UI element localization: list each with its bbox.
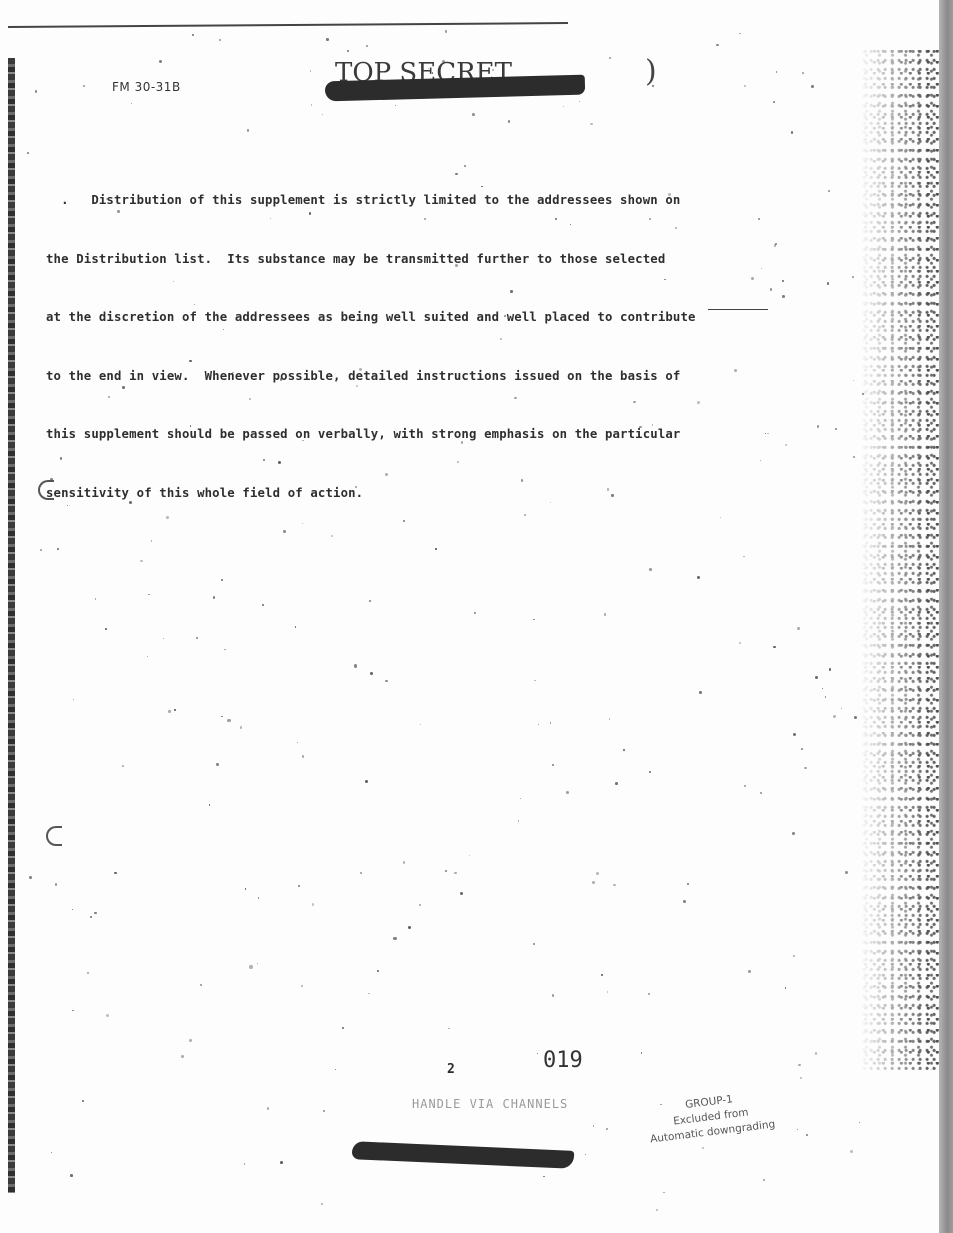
signature-line — [708, 309, 768, 310]
scan-speck — [797, 1129, 798, 1130]
body-line: . Distribution of this supplement is str… — [46, 191, 866, 211]
scan-speck — [295, 626, 297, 628]
scan-speck — [825, 696, 826, 697]
scan-speck — [455, 264, 458, 267]
scan-speck — [321, 1203, 323, 1205]
scan-speck — [73, 699, 74, 700]
scan-speck — [469, 855, 470, 856]
scan-speck — [354, 664, 357, 667]
scan-speck — [802, 72, 804, 74]
scan-speck — [550, 722, 551, 723]
scan-speck — [385, 473, 388, 476]
scan-speck — [829, 668, 831, 670]
scan-speck — [801, 748, 803, 750]
scan-speck — [114, 872, 117, 875]
scan-speck — [302, 755, 305, 758]
scan-speck — [190, 425, 191, 426]
scan-speck — [850, 1150, 853, 1153]
scan-speck — [192, 34, 194, 36]
scan-speck — [607, 991, 609, 993]
scan-speck — [95, 598, 97, 600]
scan-speck — [455, 173, 458, 176]
scan-speck — [474, 612, 476, 614]
scan-speck — [140, 560, 143, 563]
scan-speck — [221, 716, 223, 718]
scan-speck — [792, 832, 795, 835]
scan-speck — [461, 441, 463, 443]
scan-speck — [853, 456, 855, 458]
scan-speck — [835, 428, 836, 429]
scan-speck — [793, 955, 795, 957]
scan-speck — [40, 549, 42, 551]
scan-speck — [445, 870, 447, 872]
page-number: 2 — [447, 1062, 455, 1077]
scan-speck — [460, 892, 463, 895]
document-number: 019 — [543, 1048, 583, 1073]
scan-speck — [83, 85, 85, 87]
scan-speck — [815, 1052, 818, 1055]
scan-speck — [748, 970, 751, 973]
scan-speck — [716, 44, 719, 47]
scan-speck — [533, 619, 535, 621]
scan-speck — [593, 1125, 594, 1126]
scan-speck — [604, 613, 606, 615]
scan-speck — [309, 212, 312, 215]
scan-speck — [189, 1039, 192, 1042]
scan-speck — [245, 888, 246, 889]
scan-speck — [533, 943, 535, 945]
scan-speck — [668, 193, 671, 196]
scan-speck — [585, 1154, 586, 1155]
scan-speck — [200, 984, 202, 986]
scan-speck — [166, 516, 168, 518]
scan-speck — [82, 1100, 83, 1101]
scan-speck — [775, 243, 777, 245]
scan-speck — [524, 514, 526, 516]
scan-speck — [347, 50, 349, 52]
scan-speck — [811, 85, 814, 88]
scan-speck — [90, 916, 92, 918]
scan-speck — [639, 426, 641, 428]
scan-speck — [408, 926, 411, 929]
scan-speck — [168, 710, 171, 713]
scan-speck — [652, 424, 653, 425]
scan-speck — [854, 716, 857, 719]
scan-speck — [697, 401, 700, 404]
scan-speck — [782, 295, 785, 298]
scan-speck — [435, 548, 436, 549]
document-id: FM 30-31B — [112, 80, 181, 94]
scan-speck — [773, 646, 775, 648]
scan-speck — [845, 871, 848, 874]
scan-speck — [687, 883, 689, 885]
scan-speck — [237, 316, 239, 318]
scan-speck — [590, 123, 593, 126]
scan-speck — [510, 290, 512, 292]
scan-speck — [67, 505, 68, 506]
scan-speck — [312, 903, 315, 906]
scan-speck — [518, 820, 519, 821]
scan-speck — [298, 885, 299, 886]
scan-speck — [543, 1176, 544, 1177]
scan-speck — [798, 1064, 801, 1067]
scan-speck — [159, 60, 162, 63]
scan-speck — [174, 709, 175, 710]
scan-speck — [216, 763, 219, 766]
scan-speck — [278, 461, 281, 464]
scan-speck — [853, 380, 854, 381]
scan-speck — [72, 909, 73, 910]
scan-speck — [224, 649, 225, 650]
scan-speck — [258, 897, 259, 898]
scan-speck — [633, 401, 635, 403]
scan-speck — [403, 861, 405, 863]
body-line: this supplement should be passed on verb… — [46, 425, 866, 445]
scan-speck — [445, 30, 448, 33]
scan-speck — [827, 282, 829, 284]
scan-speck — [27, 152, 29, 154]
scan-speck — [72, 1010, 74, 1012]
scan-speck — [57, 548, 59, 550]
scan-speck — [563, 106, 564, 107]
scan-speck — [739, 33, 740, 34]
scan-speck — [537, 1053, 538, 1054]
scan-speck — [751, 277, 754, 280]
scan-speck — [552, 994, 555, 997]
scan-speck — [448, 1028, 450, 1030]
scan-speck — [552, 764, 554, 766]
scan-speck — [791, 131, 793, 133]
scan-speck — [223, 329, 224, 330]
scan-speck — [767, 433, 769, 435]
scan-speck — [148, 594, 150, 596]
scan-speck — [213, 596, 216, 599]
scan-speck — [301, 985, 303, 987]
scan-speck — [656, 1209, 658, 1211]
scan-speck — [420, 724, 421, 725]
scan-speck — [395, 105, 397, 107]
scan-speck — [697, 576, 700, 579]
scan-speck — [131, 103, 133, 105]
scan-speck — [763, 1179, 765, 1181]
scan-speck — [106, 198, 108, 200]
scan-speck — [342, 1027, 344, 1029]
scan-speck — [106, 1014, 109, 1017]
body-paragraph: . Distribution of this supplement is str… — [46, 152, 866, 542]
scan-speck — [370, 672, 373, 675]
scan-speck — [87, 972, 89, 974]
scan-speck — [663, 1192, 665, 1194]
scan-speck — [257, 963, 258, 964]
scan-speck — [606, 1128, 608, 1130]
scan-speck — [841, 708, 842, 709]
group-stamp: GROUP-1 Excluded from Automatic downgrad… — [646, 1087, 776, 1147]
redaction-bar-bottom — [352, 1141, 575, 1169]
scan-speck — [800, 1077, 802, 1079]
scan-speck — [649, 771, 651, 773]
scan-speck — [601, 974, 602, 975]
scan-speck — [739, 642, 741, 644]
punch-hole-mark — [46, 826, 62, 846]
scan-speck — [699, 691, 702, 694]
punch-hole-mark — [38, 480, 54, 500]
scan-speck — [385, 680, 387, 682]
scan-speck — [785, 987, 787, 989]
scan-speck — [280, 378, 283, 381]
scan-speck — [247, 129, 249, 131]
scan-speck — [393, 937, 396, 940]
scan-speck — [368, 993, 370, 995]
scan-speck — [815, 676, 818, 679]
scan-speck — [163, 638, 164, 639]
scan-speck — [472, 113, 475, 116]
scan-speck — [147, 656, 148, 657]
scan-speck — [760, 792, 762, 794]
scan-speck — [403, 520, 405, 522]
body-line: sensitivity of this whole field of actio… — [46, 484, 866, 504]
scan-speck — [369, 600, 371, 602]
scan-speck — [196, 637, 198, 639]
scan-speck — [804, 767, 807, 770]
scan-speck — [227, 719, 230, 722]
scan-speck — [613, 884, 616, 887]
scan-speck — [579, 101, 580, 102]
scan-speck — [366, 45, 368, 47]
scan-speck — [454, 872, 457, 875]
scan-speck — [244, 1163, 246, 1165]
scan-speck — [51, 1152, 53, 1154]
scan-speck — [623, 749, 625, 751]
scan-speck — [833, 715, 836, 718]
scan-speck — [596, 872, 599, 875]
scan-speck — [280, 1161, 283, 1164]
scan-speck — [806, 1134, 808, 1136]
scan-speck — [660, 1104, 661, 1105]
scan-speck — [615, 782, 618, 785]
scan-speck — [262, 604, 264, 606]
scan-speck — [249, 398, 251, 400]
scan-speck — [189, 360, 191, 362]
handwritten-mark: ) — [645, 54, 657, 89]
scan-border — [939, 0, 953, 1233]
scan-speck — [70, 1174, 73, 1177]
scan-speck — [521, 479, 524, 482]
scan-speck — [797, 627, 800, 630]
scan-speck — [377, 970, 379, 972]
scan-speck — [124, 88, 126, 90]
scan-speck — [859, 1122, 860, 1123]
scan-speck — [94, 912, 97, 915]
scanned-page: FM 30-31B TOP SECRET ) . Distribution of… — [0, 0, 953, 1233]
scan-speck — [105, 628, 107, 630]
scan-speck — [219, 39, 221, 41]
scan-speck — [782, 280, 784, 282]
scan-speck — [609, 57, 611, 59]
scan-speck — [609, 718, 611, 720]
scan-speck — [514, 397, 516, 399]
body-line: to the end in view. Whenever possible, d… — [46, 367, 866, 387]
scan-speck — [500, 338, 502, 340]
body-line: at the discretion of the addressees as b… — [46, 308, 866, 328]
scan-speck — [360, 872, 362, 874]
scan-speck — [297, 742, 298, 743]
scan-speck — [702, 1147, 704, 1149]
scan-speck — [744, 785, 745, 786]
scan-noise-margin — [859, 50, 939, 1070]
scan-speck — [311, 104, 313, 106]
scan-speck — [29, 876, 32, 879]
scan-speck — [508, 120, 511, 123]
scan-speck — [776, 71, 778, 73]
scan-speck — [534, 680, 535, 681]
scan-speck — [122, 765, 124, 767]
scan-speck — [793, 733, 796, 736]
scan-speck — [683, 900, 686, 903]
scan-speck — [151, 540, 153, 542]
scan-speck — [322, 114, 323, 115]
scan-speck — [209, 804, 211, 806]
scan-speck — [734, 369, 737, 372]
scan-speck — [35, 90, 38, 93]
scan-speck — [743, 556, 745, 558]
top-rule — [8, 22, 568, 28]
scan-speck — [240, 726, 242, 728]
scan-speck — [249, 965, 252, 968]
scan-speck — [520, 798, 521, 799]
scan-speck — [419, 904, 421, 906]
scan-speck — [365, 780, 368, 783]
scan-speck — [744, 85, 746, 87]
scan-speck — [592, 881, 595, 884]
scan-speck — [310, 70, 312, 72]
scan-speck — [263, 459, 265, 461]
scan-speck — [181, 1055, 184, 1058]
scan-speck — [773, 101, 775, 103]
binding-edge — [8, 58, 15, 1193]
scan-speck — [649, 568, 652, 571]
scan-speck — [55, 883, 58, 886]
scan-speck — [817, 425, 819, 427]
scan-speck — [664, 279, 665, 280]
scan-speck — [335, 1069, 336, 1070]
handling-stamp: HANDLE VIA CHANNELS — [412, 1097, 568, 1111]
scan-speck — [267, 1107, 269, 1109]
scan-speck — [481, 186, 482, 187]
scan-speck — [566, 791, 569, 794]
scan-speck — [538, 724, 539, 725]
scan-speck — [822, 688, 823, 689]
scan-speck — [720, 517, 721, 518]
scan-speck — [108, 396, 110, 398]
scan-speck — [648, 993, 650, 995]
scan-speck — [323, 1110, 325, 1112]
scan-speck — [326, 38, 328, 40]
scan-speck — [221, 579, 223, 581]
scan-speck — [641, 1052, 642, 1053]
